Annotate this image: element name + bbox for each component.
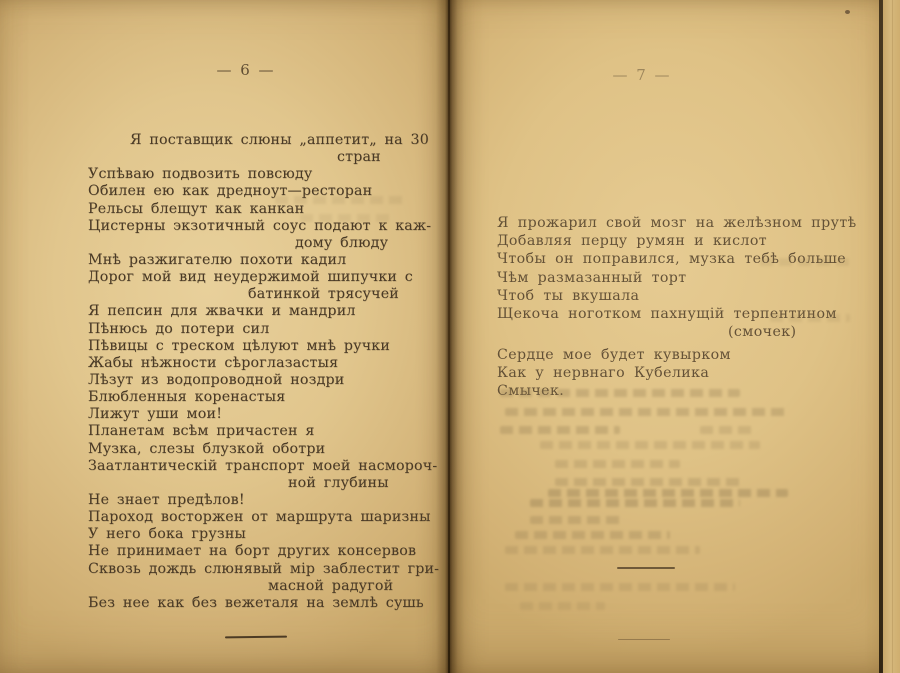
paper-speck: [845, 10, 850, 14]
poem-line: Я пепсин для жвачки и мандрил: [88, 303, 446, 320]
showthrough-text-ghost: [500, 426, 620, 434]
showthrough-text-ghost: [530, 516, 620, 524]
showthrough-text-ghost: [505, 408, 790, 416]
poem-line: масной радугой: [88, 578, 446, 595]
poem-line: Сквозь дождь слюнявый мір заблестит гри-: [88, 561, 446, 578]
poem-line: Лижут уши мои!: [88, 406, 446, 423]
showthrough-text-ghost: [520, 602, 605, 610]
poem-line: (смочек): [497, 323, 867, 341]
open-book-spread: — 6 — Я поставщик слюны „аппетит„ на 30с…: [0, 0, 900, 673]
poem-line: Чтоб ты вкушала: [497, 287, 867, 305]
section-divider-left: [225, 636, 287, 639]
poem-line: Успѣваю подвозить повсюду: [88, 166, 446, 183]
poem-line: Заатлантическій транспорт моей насмороч-: [88, 458, 446, 475]
poem-line: Добавляя перцу румян и кислот: [497, 232, 867, 250]
poem-line: Пароход восторжен от маршрута шаризны: [88, 509, 446, 526]
poem-line: дому блюду: [88, 235, 446, 252]
book-gutter-fold: [436, 0, 464, 673]
showthrough-text-ghost: [275, 196, 405, 204]
poem-line: Без нее как без вежеталя на землѣ сушь: [88, 595, 446, 612]
showthrough-text-ghost: [540, 441, 760, 449]
showthrough-text-ghost: [515, 531, 670, 539]
poem-line: Я поставщик слюны „аппетит„ на 30: [88, 132, 446, 149]
page-left: — 6 — Я поставщик слюны „аппетит„ на 30с…: [0, 0, 450, 673]
poem-line: Лѣзут из водопроводной ноздри: [88, 372, 446, 389]
section-divider-right: [617, 567, 675, 569]
showthrough-text-ghost: [300, 214, 395, 222]
underlying-page-edge: [883, 0, 900, 673]
showthrough-text-ghost: [505, 583, 735, 591]
showthrough-text-ghost: [505, 546, 700, 554]
poem-line: Как у нервнаго Кубелика: [497, 364, 867, 382]
poem-line: ной глубины: [88, 475, 446, 492]
poem-line: Я прожарил свой мозг на желѣзном прутѣ: [497, 214, 867, 232]
poem-line: Блюбленныя коренастыя: [88, 389, 446, 406]
poem-line: Мнѣ разжигателю похоти кадил: [88, 252, 446, 269]
poem-line: Жабы нѣжности сѣроглазастыя: [88, 355, 446, 372]
poem-line: Планетам всѣм причастен я: [88, 423, 446, 440]
showthrough-text-ghost: [770, 314, 850, 322]
showthrough-text-ghost: [700, 426, 755, 434]
page-number-left: — 6 —: [88, 61, 404, 79]
page-number-right: — 7 —: [497, 66, 787, 84]
showthrough-text-ghost: [555, 478, 740, 486]
showthrough-text-ghost: [530, 499, 740, 507]
poem-line: Чѣм размазанный торт: [497, 269, 867, 287]
showthrough-text-ghost: [760, 258, 850, 266]
section-divider-right-faint: [618, 639, 670, 640]
showthrough-text-ghost: [500, 389, 740, 397]
poem-line: Пѣнюсь до потери сил: [88, 321, 446, 338]
poem-line: Не знает предѣлов!: [88, 492, 446, 509]
poem-line: Дорог мой вид неудержимой шипучки с: [88, 269, 446, 286]
poem-line: Не принимает на борт других консервов: [88, 543, 446, 560]
poem-line: Пѣвицы с треском цѣлуют мнѣ ручки: [88, 338, 446, 355]
poem-right-stanza-1: Я прожарил свой мозг на желѣзном прутѣДо…: [497, 214, 867, 341]
poem-line: У него бока грузны: [88, 526, 446, 543]
poem-line: батинкой трясучей: [88, 286, 446, 303]
poem-line: стран: [88, 149, 446, 166]
poem-line: Сердце мое будет кувырком: [497, 346, 867, 364]
showthrough-text-ghost: [548, 489, 788, 497]
poem-line: Музка, слезы блузкой оботри: [88, 441, 446, 458]
showthrough-text-ghost: [555, 460, 680, 468]
